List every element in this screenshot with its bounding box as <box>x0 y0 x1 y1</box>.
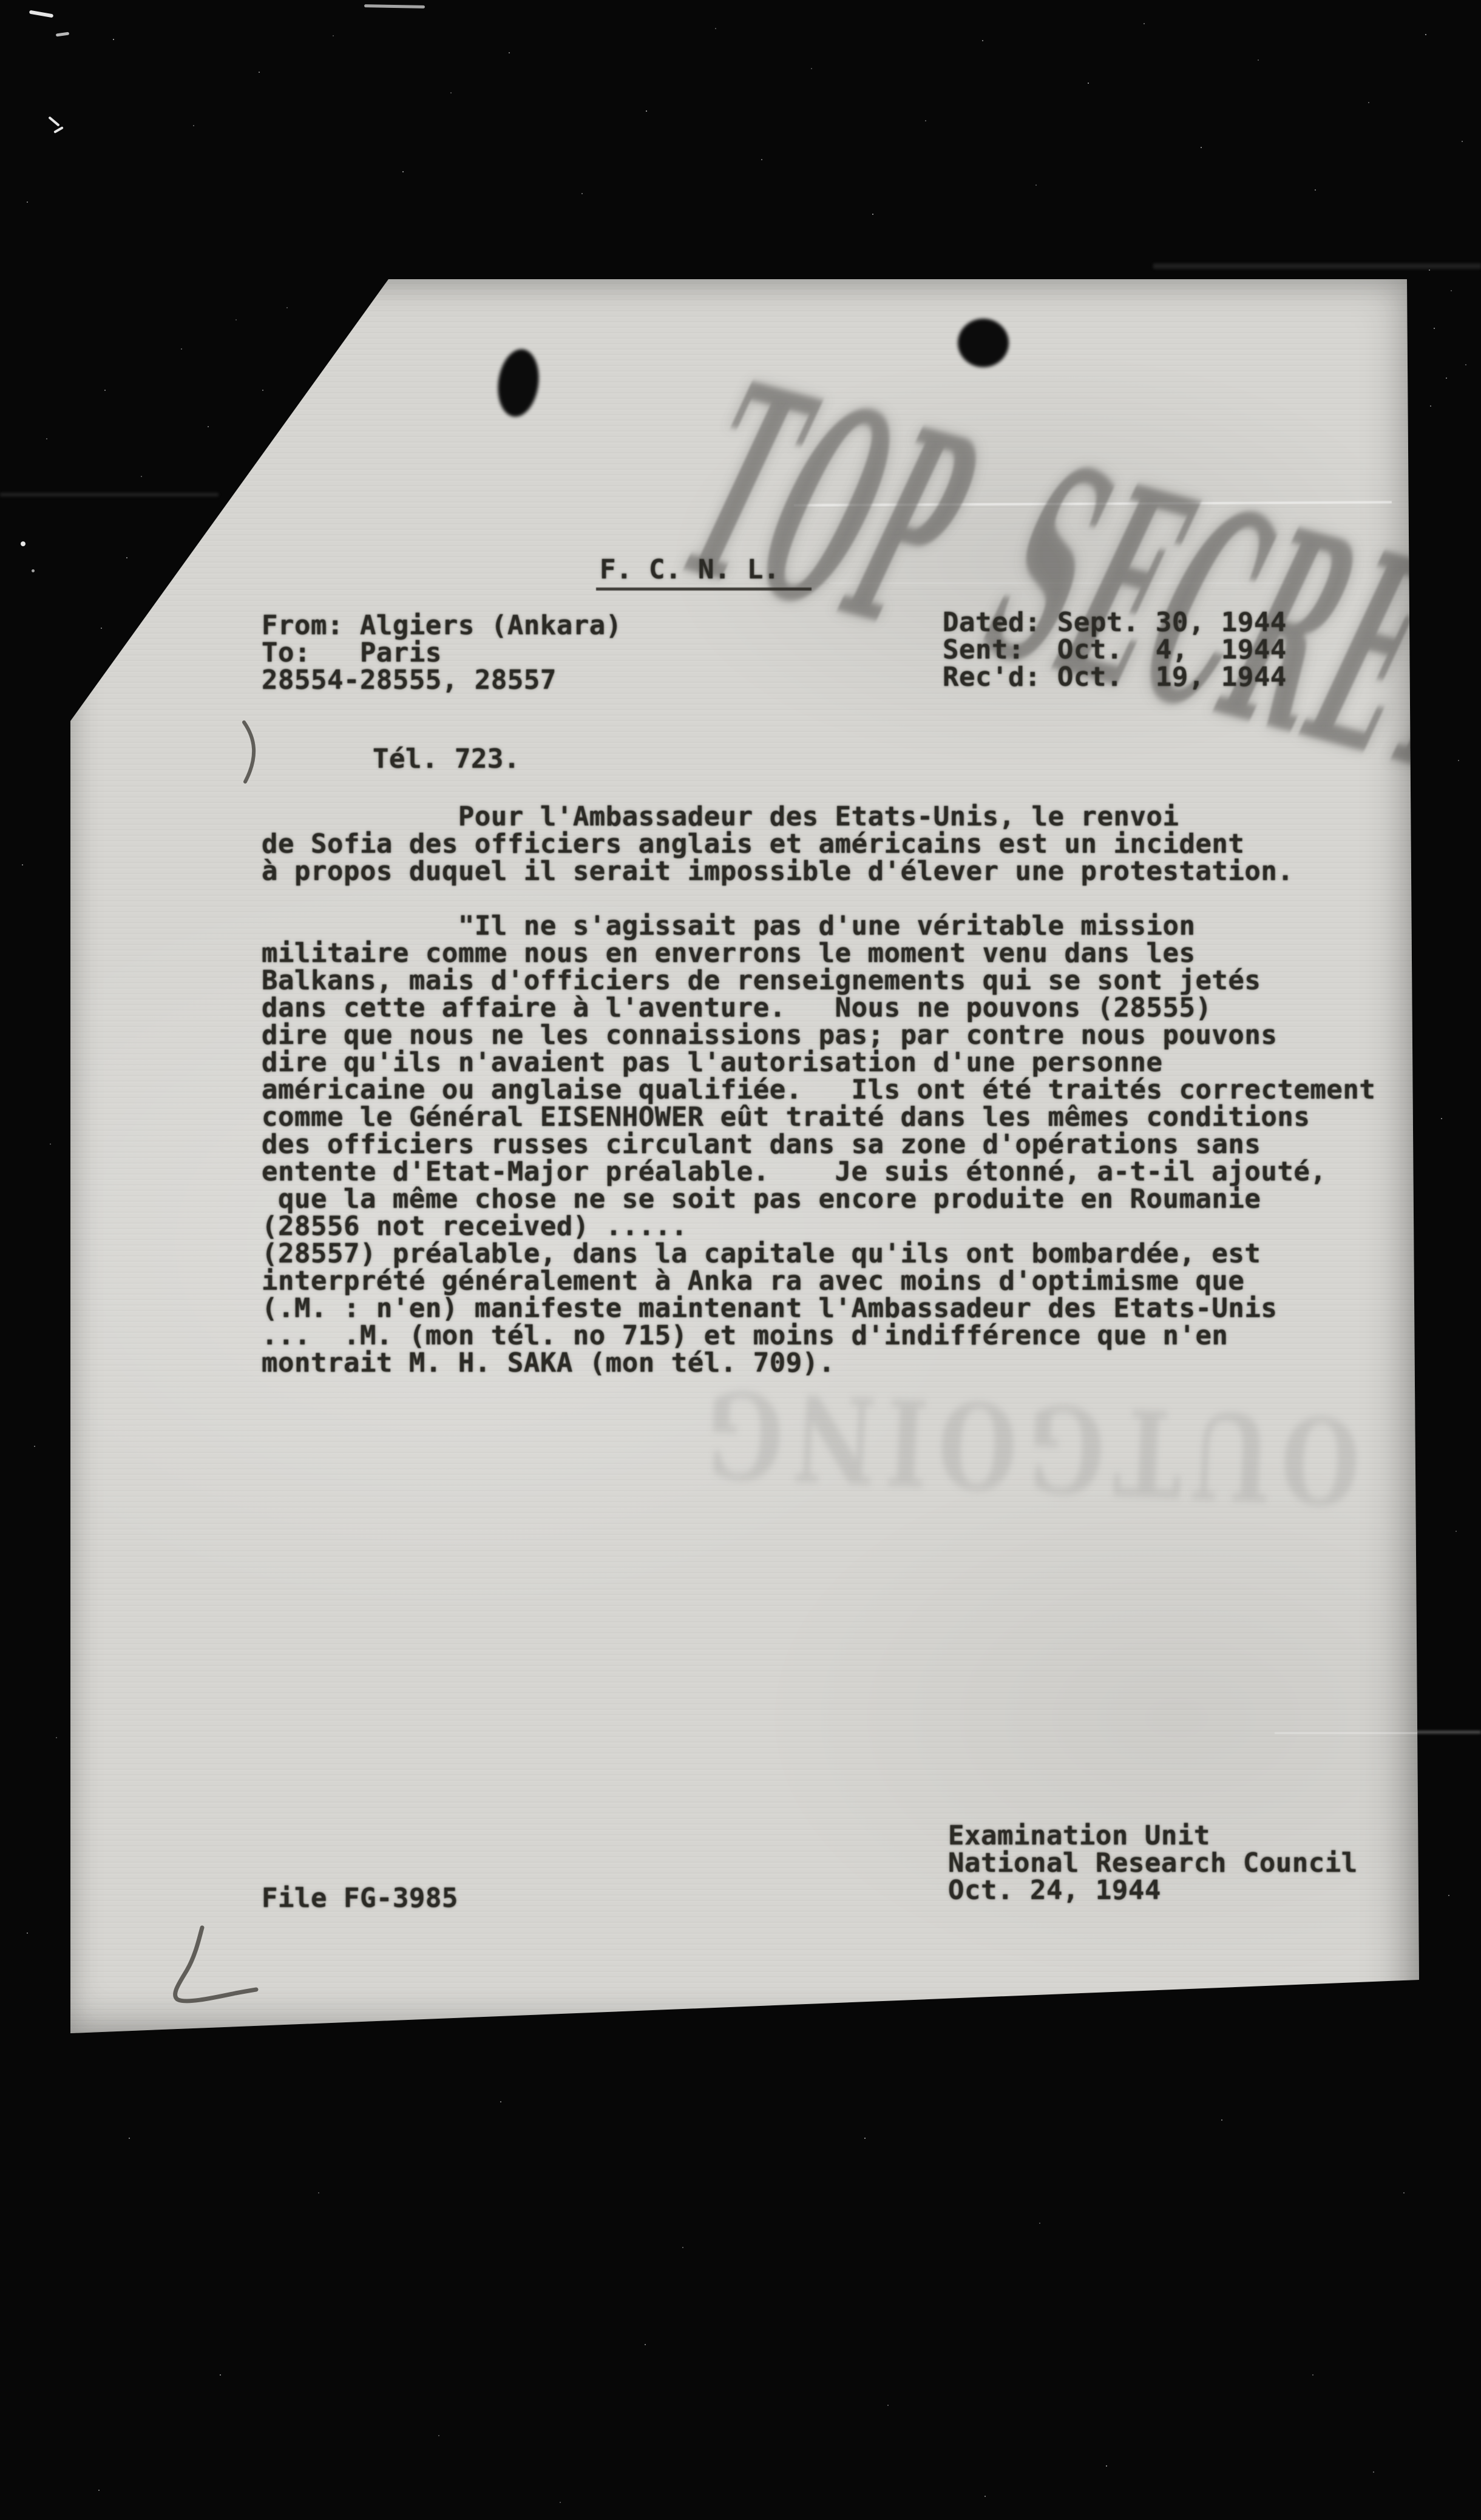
page-title-text: F. C. N. L. <box>596 556 812 591</box>
document-page: TOP SECRET OUTGOING F. C. N. L. From: Al… <box>70 279 1419 2033</box>
dated-line: Dated: Sept. 30, 1944 <box>943 609 1287 636</box>
telegram-number: Tél. 723. <box>373 745 520 773</box>
punch-hole-left <box>494 347 543 419</box>
circuit-numbers-line: 28554-28555, 28557 <box>262 666 622 694</box>
page-title: F. C. N. L. <box>600 556 812 591</box>
org-line-1: Examination Unit <box>948 1822 1358 1849</box>
microfilm-frame: TOP SECRET OUTGOING F. C. N. L. From: Al… <box>0 0 1481 2520</box>
file-number: File FG-3985 <box>262 1885 458 1912</box>
film-dust-spot <box>21 541 25 546</box>
to-line: To: Paris <box>262 639 622 666</box>
telegram-body: Pour l'Ambassadeur des Etats-Unis, le re… <box>262 803 1375 1377</box>
sent-line: Sent: Oct. 4, 1944 <box>943 636 1287 663</box>
film-exposure-streak <box>0 493 219 496</box>
film-scratch-mark <box>53 126 64 134</box>
punch-hole-right <box>958 319 1009 367</box>
film-dust-speckles <box>0 0 1 1</box>
film-scratch-mark <box>56 32 69 36</box>
film-exposure-streak <box>1153 263 1481 269</box>
film-scratch-mark <box>29 10 53 18</box>
film-scratch-mark <box>364 4 425 8</box>
from-line: From: Algiers (Ankara) <box>262 612 622 639</box>
film-scratch-mark <box>48 116 59 126</box>
received-line: Rec'd: Oct. 19, 1944 <box>943 663 1287 691</box>
date-block: Dated: Sept. 30, 1944Sent: Oct. 4, 1944R… <box>943 609 1287 691</box>
handwritten-paren-mark <box>236 717 272 788</box>
faint-reversed-stamp: OUTGOING <box>693 1363 1363 1530</box>
issuing-office-block: Examination UnitNational Research Counci… <box>948 1822 1358 1904</box>
org-line-2: National Research Council <box>948 1849 1358 1877</box>
film-scratch-line <box>1414 1731 1481 1733</box>
routing-block: From: Algiers (Ankara)To: Paris28554-285… <box>262 612 622 694</box>
film-dust-spot <box>32 569 35 572</box>
handwritten-check-mark <box>164 1924 267 2010</box>
scratch-line <box>1275 1732 1419 1734</box>
footer-date-line: Oct. 24, 1944 <box>948 1877 1358 1904</box>
